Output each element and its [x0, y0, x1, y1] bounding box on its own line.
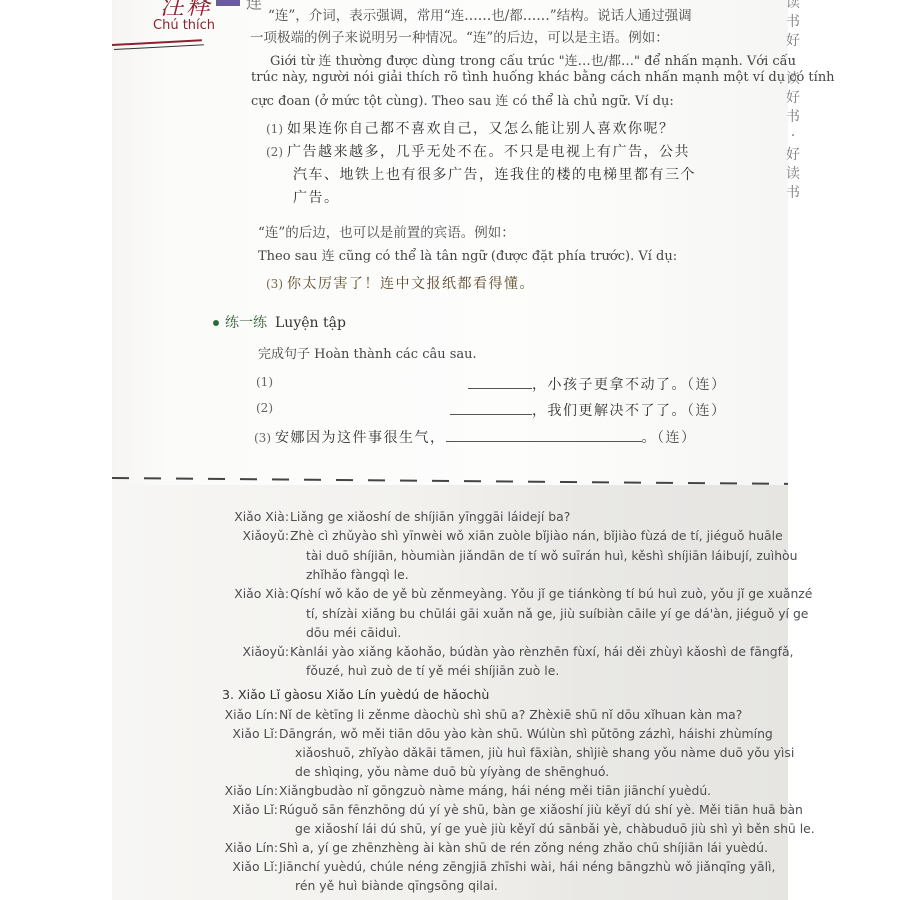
- notes-keyword: 连: [246, 0, 262, 13]
- dialogue-speaker: Xiǎo Lǐ:: [198, 802, 278, 817]
- dialogue-line: dōu méi cāiduì.: [306, 625, 401, 640]
- example-number: (1): [266, 122, 283, 136]
- notes-badge: [216, 0, 240, 6]
- dialogue-speaker: Xiǎo Lín:: [198, 840, 278, 855]
- item-number: (2): [256, 401, 273, 415]
- answer-blank[interactable]: [446, 429, 642, 442]
- item-prefix: 安娜因为这件事很生气，: [275, 430, 446, 446]
- practice-item-1: (1): [256, 374, 277, 390]
- item-hint: （连）: [657, 430, 697, 446]
- side-margin-char: ·: [783, 127, 803, 146]
- note-zh-line-1: “连”，介词，表示强调，常用“连……也/都……”结构。说话人通过强调: [268, 4, 692, 24]
- note-vn-line-1: Giới từ 连 thường được dùng trong cấu trú…: [270, 50, 796, 69]
- example-1: (1)如果连你自己都不喜欢自己，又怎么能让别人喜欢你呢？: [266, 118, 675, 138]
- item-number: (1): [256, 375, 273, 389]
- side-margin-char: 好: [783, 32, 803, 51]
- item-suffix: ，小孩子更拿不动了。: [532, 377, 687, 393]
- note-zh-line-2: 一项极端的例子来说明另一种情况。“连”的后边，可以是主语。例如：: [250, 26, 669, 46]
- example-text: 广告越来越多，几乎无处不在。不只是电视上有广告，公共: [287, 144, 690, 160]
- dialogue-line: tí, shízài xiǎng bu chūlái gāi xuǎn nǎ g…: [306, 606, 808, 621]
- dialogue-line: Zhè cì zhǔyào shì yīnwèi wǒ xiān zuòle b…: [290, 528, 783, 543]
- practice-heading: 练一练Luyện tập: [213, 312, 346, 332]
- dialogue-speaker: Xiǎo Lín:: [198, 707, 278, 722]
- side-margin-char: 书: [783, 13, 803, 32]
- note-vn-line-2: trúc này, người nói giải thích rõ tình h…: [251, 70, 835, 85]
- item-suffix: ，我们更解决不了了。: [532, 403, 687, 419]
- dialogue-line: Rúguǒ sān fēnzhōng dú yí yè shū, bàn ge …: [279, 802, 803, 817]
- answer-blank[interactable]: [450, 402, 532, 415]
- item-hint: （连）: [687, 377, 727, 393]
- item-suffix: 。: [642, 430, 658, 446]
- example-2: (2)广告越来越多，几乎无处不在。不只是电视上有广告，公共: [266, 141, 690, 161]
- dialogue-line: ge xiǎoshí lái dú shū, yí ge yuè jiù kěy…: [295, 821, 815, 836]
- dialogue-speaker: Xiǎo Xià:: [209, 509, 289, 524]
- side-margin-char: 书: [783, 184, 803, 203]
- dialogue-line: Xiǎngbudào nǐ gōngzuò nàme máng, hái nén…: [279, 783, 711, 798]
- dialogue-speaker: Xiǎo Xià:: [209, 586, 289, 601]
- side-margin-char: 读: [783, 165, 803, 184]
- practice-item-3: (3)安娜因为这件事很生气，。（连）: [254, 427, 697, 447]
- side-margin-char: 读: [783, 0, 803, 13]
- side-margin-char: 好: [783, 146, 803, 165]
- dialogue-line: Qíshí wǒ kǎo de yě bù zěnmeyàng. Yǒu jǐ …: [290, 586, 812, 601]
- dialogue-line: fǒuzé, huì zuò de tí yě méi shíjiān zuò …: [306, 663, 559, 678]
- practice-item-2-answer: ，我们更解决不了了。（连）: [450, 400, 727, 420]
- item-number: (3): [254, 431, 271, 445]
- dialogue-line: xiǎoshuō, zhǐyào dǎkāi tāmen, jiù huì fā…: [295, 745, 794, 760]
- dialogue-speaker: Xiǎoyǔ:: [209, 644, 289, 659]
- dialogue-speaker: Xiǎo Lǐ:: [198, 726, 278, 741]
- note-zh-line-3: “连”的后边，也可以是前置的宾语。例如：: [258, 221, 515, 241]
- dialogue-speaker: Xiǎoyǔ:: [209, 528, 289, 543]
- notes-subtitle: Chú thích: [153, 18, 215, 33]
- practice-instruction: 完成句子 Hoàn thành các câu sau.: [258, 343, 477, 362]
- practice-item-1-answer: ，小孩子更拿不动了。（连）: [468, 374, 727, 394]
- side-margin-text: 读书好·读好书·好读书: [783, 0, 803, 203]
- dialogue-line: Jiānchí yuèdú, chúle néng zēngjiā zhīshi…: [279, 859, 775, 874]
- adjacent-page-margin: [788, 0, 900, 900]
- practice-title-vn: Luyện tập: [275, 315, 346, 331]
- dialogue-speaker: Xiǎo Lǐ:: [198, 859, 278, 874]
- note-vn-line-4: Theo sau 连 cũng có thể là tân ngữ (được …: [258, 245, 677, 264]
- example-text: 你太厉害了！连中文报纸都看得懂。: [287, 276, 535, 292]
- side-margin-char: 好: [783, 89, 803, 108]
- answer-blank[interactable]: [468, 376, 532, 389]
- dialogue-line: Kànlái yào xiǎng kǎohǎo, búdàn yào rènzh…: [290, 644, 794, 659]
- example-2-line-2: 汽车、地铁上也有很多广告，连我住的楼的电梯里都有三个: [293, 164, 696, 184]
- dialogue-line: rén yě huì biànde qīngsōng qilai.: [295, 878, 498, 893]
- item-hint: （连）: [687, 403, 727, 419]
- section-3-heading: 3. Xiǎo Lǐ gàosu Xiǎo Lín yuèdú de hǎoch…: [222, 687, 489, 702]
- example-text: 如果连你自己都不喜欢自己，又怎么能让别人喜欢你呢？: [287, 121, 675, 137]
- practice-title-zh: 练一练: [225, 315, 267, 331]
- dialogue-line: Nǐ de kètīng li zěnme dàochù shì shū a? …: [279, 707, 742, 722]
- example-2-line-3: 广告。: [293, 187, 340, 207]
- note-vn-line-3: cực đoan (ở mức tột cùng). Theo sau 连 có…: [251, 90, 674, 109]
- dialogue-line: Dāngrán, wǒ měi tiān dōu yào kàn shū. Wú…: [279, 726, 773, 741]
- bullet-icon: [213, 320, 219, 326]
- dialogue-line: tài duō shíjiān, hòumiàn jiǎndān de tí w…: [306, 548, 797, 563]
- dialogue-line: zhǐhǎo fàngqì le.: [306, 567, 409, 582]
- example-number: (2): [266, 145, 283, 159]
- example-number: (3): [266, 277, 283, 291]
- dialogue-line: Shì a, yí ge zhēnzhèng ài kàn shū de rén…: [279, 840, 768, 855]
- dialogue-line: Liǎng ge xiǎoshí de shíjiān yīnggāi láid…: [290, 509, 570, 524]
- dialogue-line: de shìqing, yǒu nàme duō bù yíyàng de sh…: [295, 764, 609, 779]
- example-3: (3)你太厉害了！连中文报纸都看得懂。: [266, 273, 535, 293]
- side-margin-char: 书: [783, 108, 803, 127]
- dialogue-speaker: Xiǎo Lín:: [198, 783, 278, 798]
- practice-item-2: (2): [256, 400, 277, 416]
